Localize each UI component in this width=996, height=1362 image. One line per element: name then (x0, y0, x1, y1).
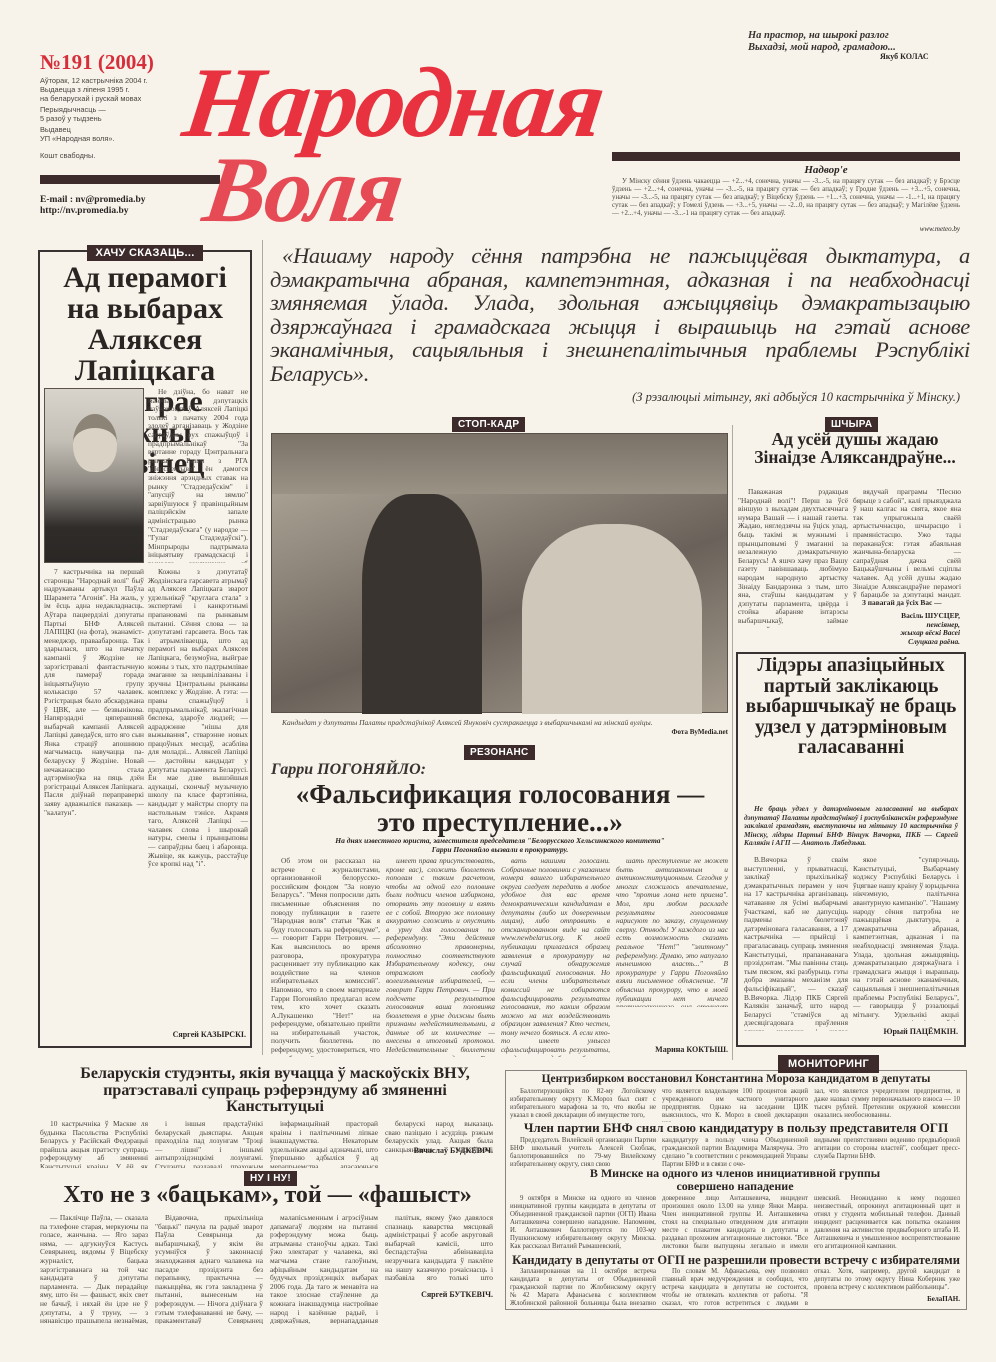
monitoring-col: Баллотирующийся по 82-му Логойскому изби… (510, 1088, 656, 1122)
rubric-khachu-skazats: ХАЧУ СКАЗАЦЬ... (87, 245, 202, 261)
boycott-headline: Лідэры апазіцыйных партый заклікаюць выб… (745, 656, 957, 759)
monitoring-col: зал, что является учредителем предприяти… (814, 1088, 960, 1122)
monitoring-headline: Кандидату в депутаты от ОГП не разрешили… (510, 1253, 962, 1268)
stopkadr-rubric-wrap: СТОП-КАДР (452, 414, 525, 432)
students-col3: інфармацыйнай прасторай краіны і палітыч… (270, 1120, 378, 1168)
satire-col4: палітык, якому ўжо давялося спазнаць кав… (385, 1214, 493, 1284)
left-article-col1: 7 кастрычніка на першай старонцы "Народн… (44, 568, 144, 1018)
left-article-col2: Кожны з дэпутатаў Жодзінскага гарсавета … (148, 568, 248, 1018)
epigraph-line: Выхадзі, мой народ, грамадою... (748, 42, 896, 54)
interview-lead-line: На днях известного юриста, заместителя п… (271, 836, 729, 845)
satire-headline: Хто не з «бацькам», той — «фашыст» (40, 1182, 495, 1208)
column-rule (732, 425, 733, 1060)
interview-col4: шать преступление не может быть антизако… (616, 857, 728, 1007)
title-word-2: Воля (199, 148, 608, 233)
weather-text: У Мінску сёння ўдзень чакаецца — +2...+4… (612, 178, 960, 218)
interview-speaker: Гарри ПОГОНЯЙЛО: (271, 761, 426, 779)
monitoring-col: отказ. Хотя, например, другой кандидат в… (814, 1268, 960, 1296)
students-col1: 10 кастрычніка ў Маскве ля будынка Пасол… (40, 1120, 148, 1168)
issue-number: №191 (2004) (40, 50, 154, 75)
interview-col1: Об этом он рассказал на встрече с журнал… (271, 857, 380, 1057)
interview-author: Марина КОКТЫШ. (616, 1045, 728, 1054)
right-letter-col1: Паважаная рэдакцыя "Народнай волі"! Перш… (738, 488, 848, 628)
left-rubric-wrap: ХАЧУ СКАЗАЦЬ... (0, 243, 290, 261)
monitoring-col: что является владельцем 100 процентов ак… (662, 1088, 808, 1122)
rally-photo (271, 433, 728, 713)
monitoring-col: По словам М. Афанасьева, ему позвонил гл… (662, 1268, 808, 1308)
since-line: Выдаецца з ліпеня 1995 г. (40, 85, 180, 94)
interview-headline: «Фальсификация голосования — это преступ… (290, 780, 710, 836)
monitoring-col: шевский. Неожиданно к нему подошел неизв… (814, 1195, 960, 1251)
monitoring-headline: Центризбирком восстановил Константина Мо… (510, 1073, 962, 1085)
issue-date: Аўторак, 12 кастрычніка 2004 г. (40, 76, 180, 85)
author-role: Слуцкага раёна. (850, 638, 960, 647)
photo-person-left (362, 494, 482, 714)
monitoring-source: БелаПАН. (880, 1295, 960, 1303)
interview-col3: вать нашими голосами. Собранные половинк… (501, 857, 610, 1057)
weather-box: Надвор'е У Мінску сёння ўдзень чакаецца … (612, 164, 960, 233)
title-word-1: Народная (179, 58, 609, 148)
students-col2: і іншыя прадстаўнікі беларускай дыяспары… (155, 1120, 263, 1168)
email-link[interactable]: E-mail : nv@promedia.by (40, 195, 146, 206)
interview-lead-line: Гарри Погоняйло вызвали в прокуратуру. (271, 845, 729, 854)
price: Кошт свабодны. (40, 151, 180, 160)
monitoring-rubric-wrap: МОНИТОРИНГ (778, 1054, 879, 1073)
boycott-author: Юрый ПАЦЁМКІН. (850, 1027, 958, 1036)
publisher-label: Выдавец (40, 125, 180, 134)
left-article-col1-top: Не дзіўна, бо нават не маючы дэпутацкіх … (148, 388, 248, 563)
contact-links: E-mail : nv@promedia.by http://nv.promed… (40, 195, 146, 217)
lead-quote-source: (З рэзалюцыі мітынгу, які адбыўся 10 кас… (500, 390, 960, 405)
rubric-monitoring: МОНИТОРИНГ (778, 1055, 879, 1073)
satire-author: Сяргей БУТКЕВІЧ. (385, 1290, 493, 1299)
boycott-col1: В.Вячорка ў сваім выступленні, у прыватн… (744, 856, 848, 1031)
students-author: Вячаслаў БУДКЕВІЧ. (385, 1146, 493, 1155)
portrait-photo (44, 388, 144, 563)
epigraph-author: Якуб КОЛАС (880, 52, 929, 61)
students-headline: Беларускія студэнты, якія вучацца ў маск… (80, 1066, 470, 1116)
boycott-lead: Не браць удзел у датэрміновым галасаванн… (744, 805, 958, 848)
publisher-value: УП «Народная воля». (40, 134, 180, 143)
newspaper-title: Народная Воля (185, 58, 602, 233)
website-link[interactable]: http://nv.promedia.by (40, 206, 146, 217)
satire-col2: Відавочна, прыхільніца "бацькі" пачула п… (155, 1214, 263, 1324)
lead-quote: «Нашаму народу сёння патрэбна не пажыццё… (270, 244, 970, 385)
right-letter-signature: Васіль ШУСЦЕР, пенсіянер, жыхар вёскі Ва… (850, 612, 960, 646)
satire-col3: малапісьменным і агрэсіўным дапамагаў лю… (270, 1214, 378, 1324)
right-letter-headline: Ад усёй душы жадаю Зінаідзе Аляксандраўн… (740, 430, 970, 466)
masthead-meta: Аўторак, 12 кастрычніка 2004 г. Выдаецца… (40, 76, 180, 160)
rezonans-rubric-wrap: РЕЗОНАНС (464, 742, 535, 760)
right-letter-col2: вядучай праграмы "Песню бярыце з сабой",… (853, 488, 961, 598)
weather-source[interactable]: www.meteo.by (612, 225, 960, 233)
column-rule (262, 240, 263, 1055)
photo-caption: Кандыдат у дэпутаты Палаты прадстаўнікоў… (282, 718, 682, 727)
satire-col1: — Паклічце Паўла, — сказала па тэлефоне … (40, 1214, 148, 1324)
photo-person-right (522, 524, 702, 714)
right-letter-closing: З павагай да ўсіх Вас — (862, 598, 942, 607)
interview-lead: На днях известного юриста, заместителя п… (271, 836, 729, 854)
photo-credit: Фота ByMedia.net (640, 728, 728, 736)
masthead-rule-right (612, 152, 960, 161)
left-article-author: Сяргей КАЗЫРСКІ. (140, 1030, 246, 1039)
monitoring-col: Запланированная на 11 октября встреча ка… (510, 1268, 656, 1308)
monitoring-col: доверенное лицо Анташкевича, инцидент пр… (662, 1195, 808, 1251)
frequency-label: Перыядычнасць — (40, 105, 180, 114)
languages-line: на беларускай і рускай мовах (40, 94, 180, 103)
rubric-stop-kadr: СТОП-КАДР (452, 417, 525, 432)
boycott-col2: якое "супярэчыць Канстытуцыі, Выбарчаму … (853, 856, 959, 1021)
weather-title: Надвор'е (692, 164, 960, 176)
monitoring-headline: В Минске на одного из членов инициативно… (570, 1167, 900, 1193)
monitoring-col: 9 октября в Минске на одного из членов и… (510, 1195, 656, 1251)
interview-col2: имеет права присутствовать, кроме вас), … (386, 857, 495, 1057)
monitoring-headline: Член партии БНФ снял свою кандидатуру в … (510, 1120, 962, 1136)
frequency-value: 5 разоў у тыдзень (40, 114, 180, 123)
epigraph: На прастор, на шырокі разлог Выхадзі, мо… (748, 30, 896, 54)
photo-trees (272, 434, 727, 494)
portrait-face-icon (73, 414, 117, 472)
epigraph-line: На прастор, на шырокі разлог (748, 30, 896, 42)
rubric-rezonans: РЕЗОНАНС (464, 745, 535, 760)
